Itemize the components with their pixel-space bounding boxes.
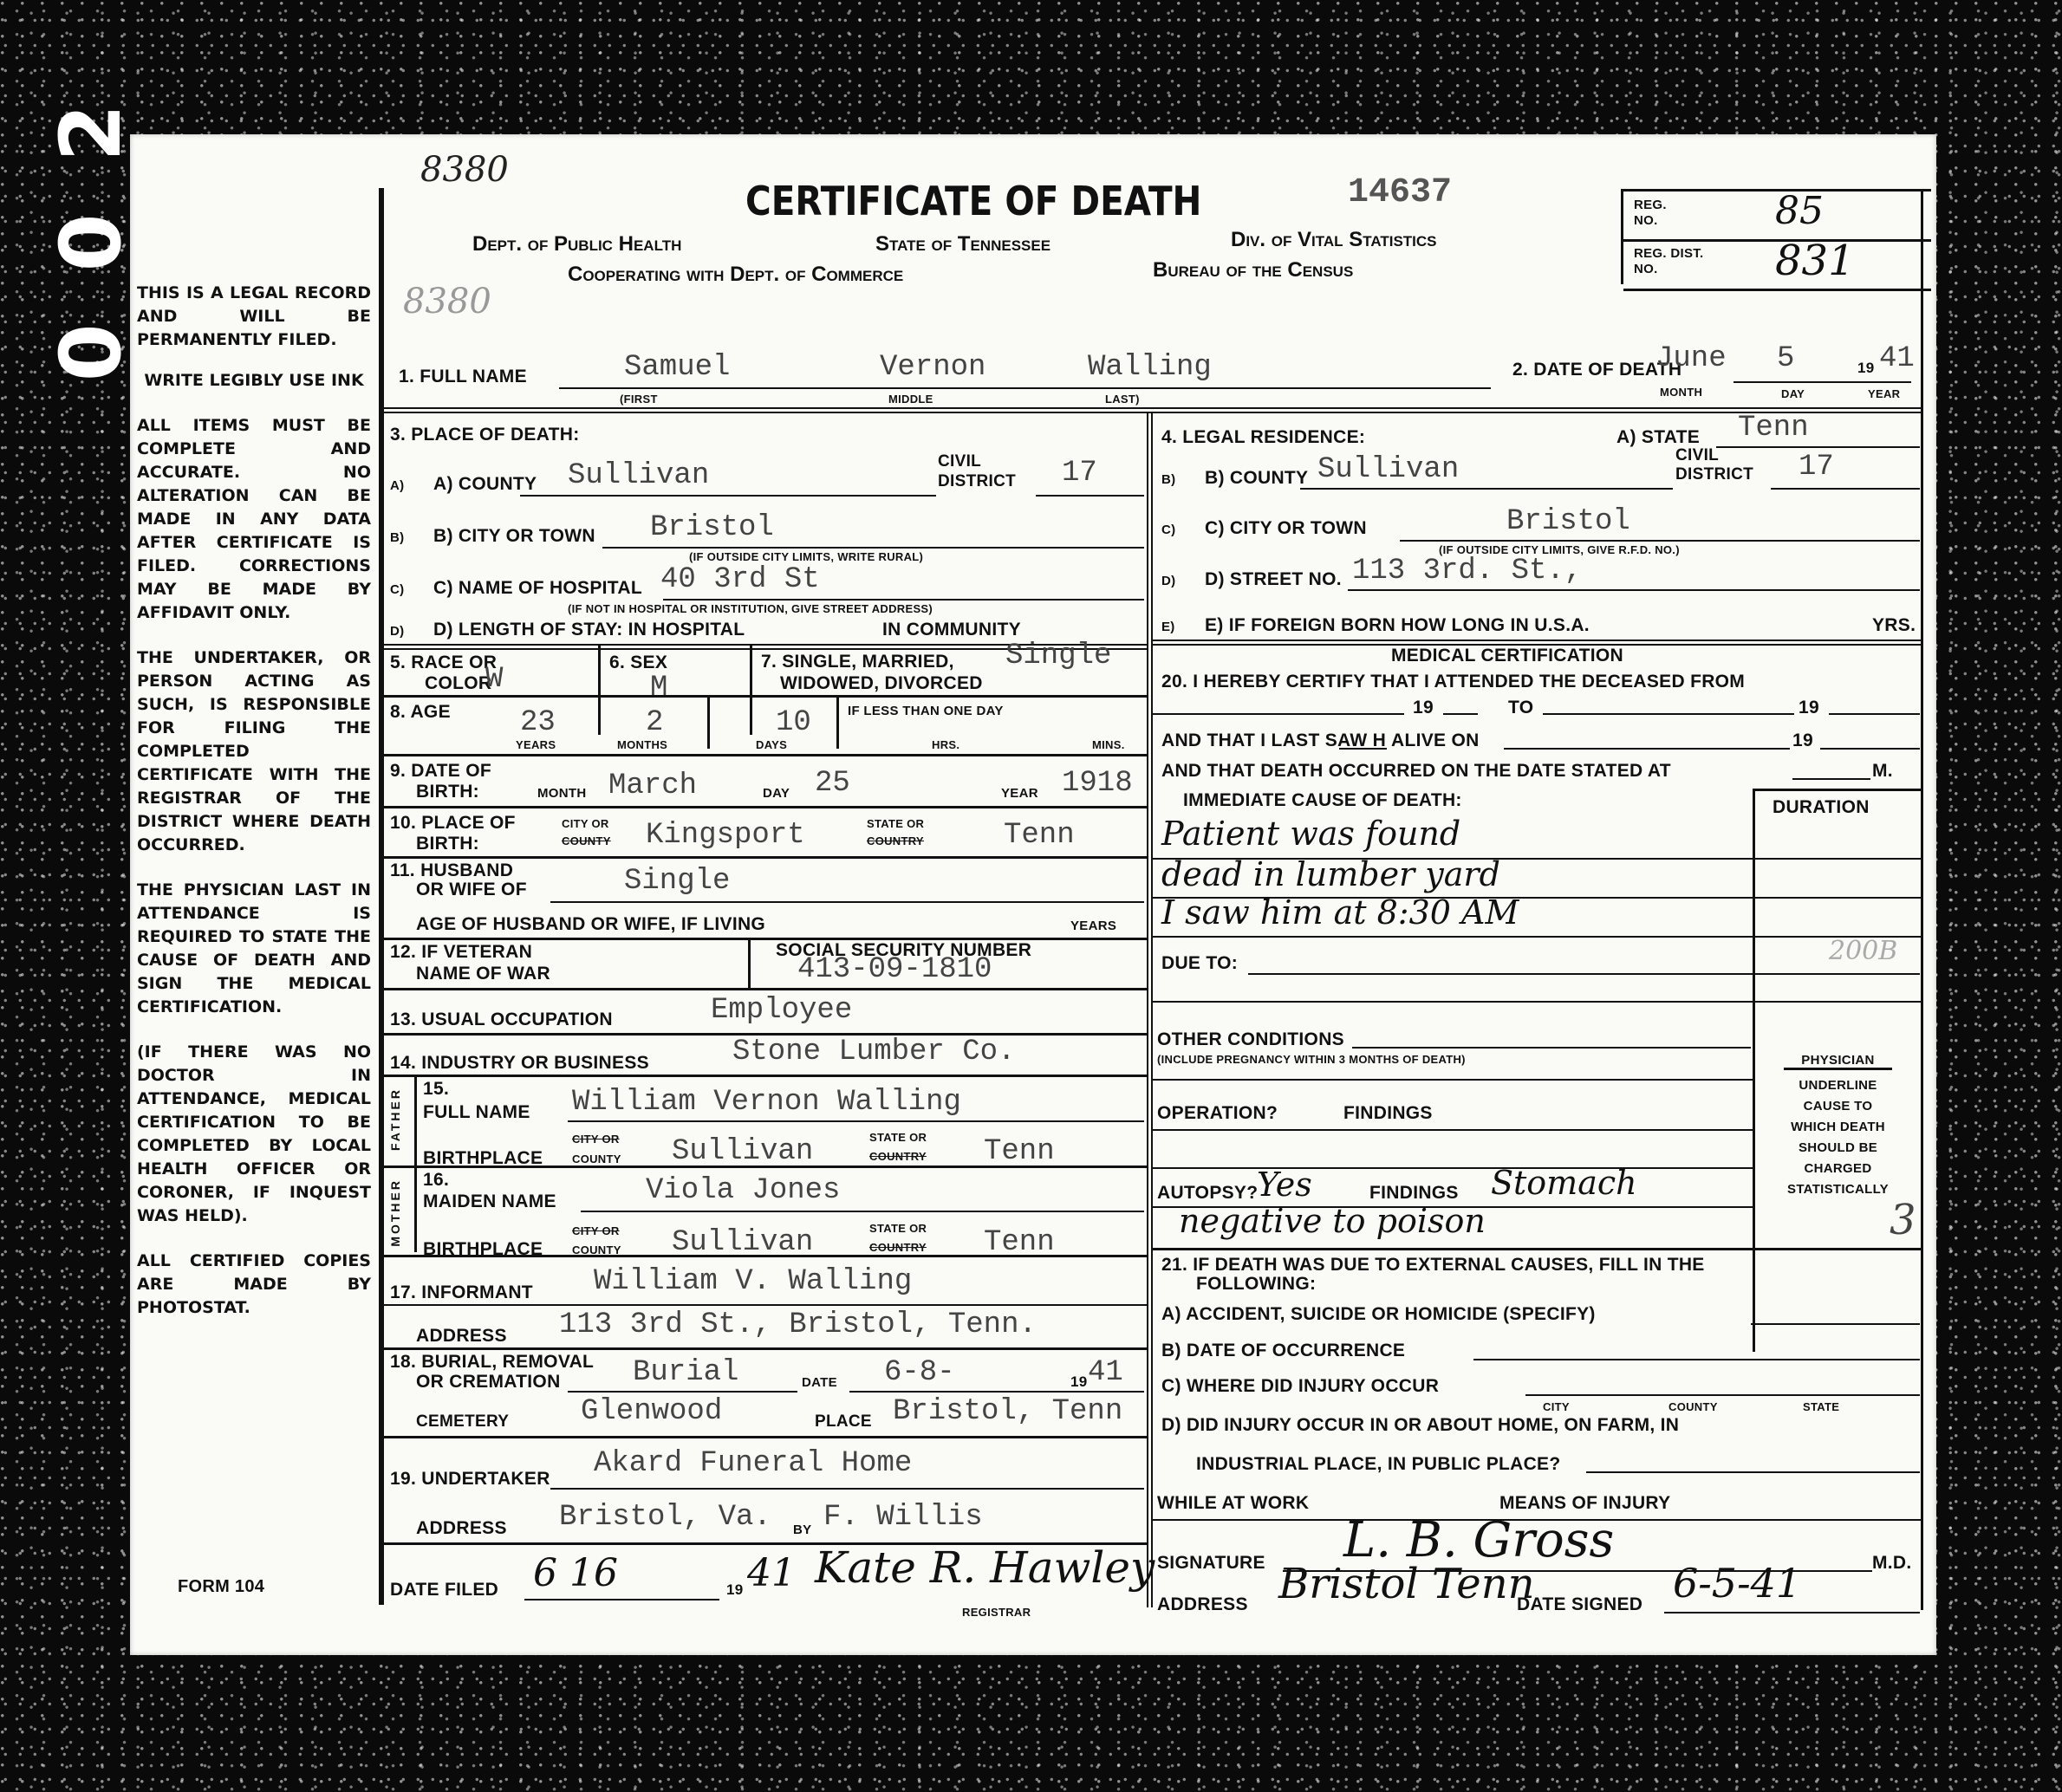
informant-name: William V. Walling	[594, 1265, 912, 1298]
marital-status-value: Single	[1005, 640, 1111, 672]
stamped-number: 14637	[1348, 173, 1452, 212]
informant-address: 113 3rd St., Bristol, Tenn.	[559, 1308, 1037, 1341]
reg-dist-label: REG. DIST. NO.	[1634, 246, 1729, 277]
residence-street: 113 3rd. St.,	[1352, 555, 1582, 588]
name-middle: Vernon	[880, 351, 985, 384]
duration-note: 200B	[1829, 936, 1897, 966]
note-physician: The physician last in attendance is requ…	[137, 879, 371, 1019]
ssn-value: 413-09-1810	[797, 953, 992, 986]
form-left-border	[379, 188, 384, 1605]
birth-year: 1918	[1062, 767, 1133, 800]
father-side-label: FATHER	[388, 1088, 402, 1151]
form-right-border	[1921, 189, 1923, 1610]
note-undertaker: The undertaker, or person acting as such…	[137, 646, 371, 857]
div-vital-statistics: Div. of Vital Statistics	[1231, 228, 1437, 252]
registration-box: REG. NO. 85 REG. DIST. NO. 831	[1621, 189, 1931, 284]
note-write-legibly: Write legibly use ink	[137, 369, 371, 393]
registrar-signature: Kate R. Hawley	[815, 1542, 1155, 1593]
autopsy-findings-2: negative to poison	[1179, 1202, 1486, 1240]
note-legal-record: This is a legal record and will be perma…	[137, 282, 371, 352]
industry-value: Stone Lumber Co.	[732, 1036, 1015, 1068]
divider	[379, 407, 1923, 413]
death-hospital: 40 3rd St	[660, 563, 820, 596]
undertaker-address: Bristol, Va.	[559, 1501, 771, 1534]
date-filed-year: 41	[747, 1551, 796, 1595]
certificate-title: CERTIFICATE OF DEATH	[745, 178, 1201, 224]
undertaker-value: Akard Funeral Home	[594, 1447, 912, 1480]
date-signed: 6-5-41	[1673, 1560, 1801, 1607]
spouse-value: Single	[624, 865, 730, 898]
age-days: 10	[776, 706, 811, 739]
medical-certification-heading: MEDICAL CERTIFICATION	[1391, 646, 1623, 666]
statistical-code: 3	[1890, 1196, 1916, 1244]
reg-no-label: REG. NO.	[1634, 198, 1686, 229]
reg-dist-value: 831	[1775, 237, 1855, 285]
death-certificate: This is a legal record and will be perma…	[130, 134, 1936, 1655]
age-months: 2	[646, 706, 663, 739]
dept-public-health: Dept. of Public Health	[472, 232, 681, 256]
cooperating-dept-commerce: Cooperating with Dept. of Commerce	[568, 263, 903, 287]
death-day: 5	[1777, 342, 1794, 375]
reg-no-value: 85	[1775, 189, 1824, 233]
death-year: 41	[1879, 342, 1915, 375]
margin-instructions: This is a legal record and will be perma…	[137, 282, 371, 1341]
place-of-death-heading: 3. PLACE OF DEATH:	[390, 425, 580, 445]
birth-state: Tenn	[1004, 819, 1075, 852]
birth-city: Kingsport	[646, 819, 805, 852]
father-birth-county: Sullivan	[672, 1135, 813, 1168]
county-label: A) COUNTY	[433, 474, 537, 495]
duration-label: DURATION	[1773, 797, 1870, 818]
occupation-value: Employee	[711, 994, 852, 1027]
legal-residence-heading: 4. LEGAL RESIDENCE:	[1161, 427, 1365, 448]
physician-note: PHYSICIAN UNDERLINE CAUSE TO WHICH DEATH…	[1758, 1053, 1918, 1200]
death-county: Sullivan	[568, 459, 709, 492]
sex-value: M	[650, 672, 667, 704]
death-district: 17	[1062, 457, 1097, 490]
form-number: FORM 104	[178, 1577, 264, 1597]
residence-district: 17	[1799, 451, 1834, 484]
disposition-date: 6-8-	[884, 1356, 955, 1389]
residence-city: Bristol	[1506, 505, 1630, 538]
autopsy-findings: Stomach	[1491, 1164, 1637, 1202]
cemetery-value: Glenwood	[581, 1395, 722, 1428]
undertaker-by: F. Willis	[823, 1501, 983, 1534]
cause-line-2: dead in lumber yard	[1161, 855, 1500, 893]
birth-month: March	[608, 769, 697, 802]
physician-address: Bristol Tenn	[1278, 1560, 1535, 1608]
mother-name: Viola Jones	[646, 1174, 840, 1207]
cemetery-place: Bristol, Tenn	[893, 1395, 1144, 1428]
mother-side-label: MOTHER	[388, 1178, 402, 1247]
death-month: June	[1655, 342, 1727, 375]
center-divider	[1147, 412, 1153, 1607]
residence-state: Tenn	[1738, 412, 1809, 445]
file-number-handwritten: 8380	[420, 150, 509, 190]
father-name: William Vernon Walling	[572, 1086, 961, 1119]
note-photostat: All certified copies are made by photost…	[137, 1250, 371, 1320]
file-number-faint: 8380	[403, 282, 491, 321]
age-years: 23	[520, 706, 556, 739]
disposition-year: 41	[1088, 1356, 1123, 1389]
father-birth-state: Tenn	[984, 1135, 1055, 1168]
autopsy-value: Yes	[1257, 1165, 1312, 1204]
residence-county: Sullivan	[1317, 453, 1459, 486]
note-no-doctor: (If there was no doctor in attendance, m…	[137, 1041, 371, 1228]
death-city: Bristol	[650, 511, 774, 544]
note-complete-accurate: All items must be complete and accurate.…	[137, 414, 371, 625]
race-value: W	[485, 663, 503, 696]
state-of-tennessee: State of Tennessee	[875, 232, 1051, 256]
date-filed-value: 6 16	[533, 1551, 618, 1595]
cause-line-1: Patient was found	[1161, 815, 1460, 853]
bureau-census: Bureau of the Census	[1153, 258, 1353, 282]
disposition-value: Burial	[633, 1356, 738, 1389]
name-first: Samuel	[624, 351, 730, 384]
birth-day: 25	[815, 767, 850, 800]
name-last: Walling	[1088, 351, 1212, 384]
cause-line-3: I saw him at 8:30 AM	[1161, 893, 1519, 932]
